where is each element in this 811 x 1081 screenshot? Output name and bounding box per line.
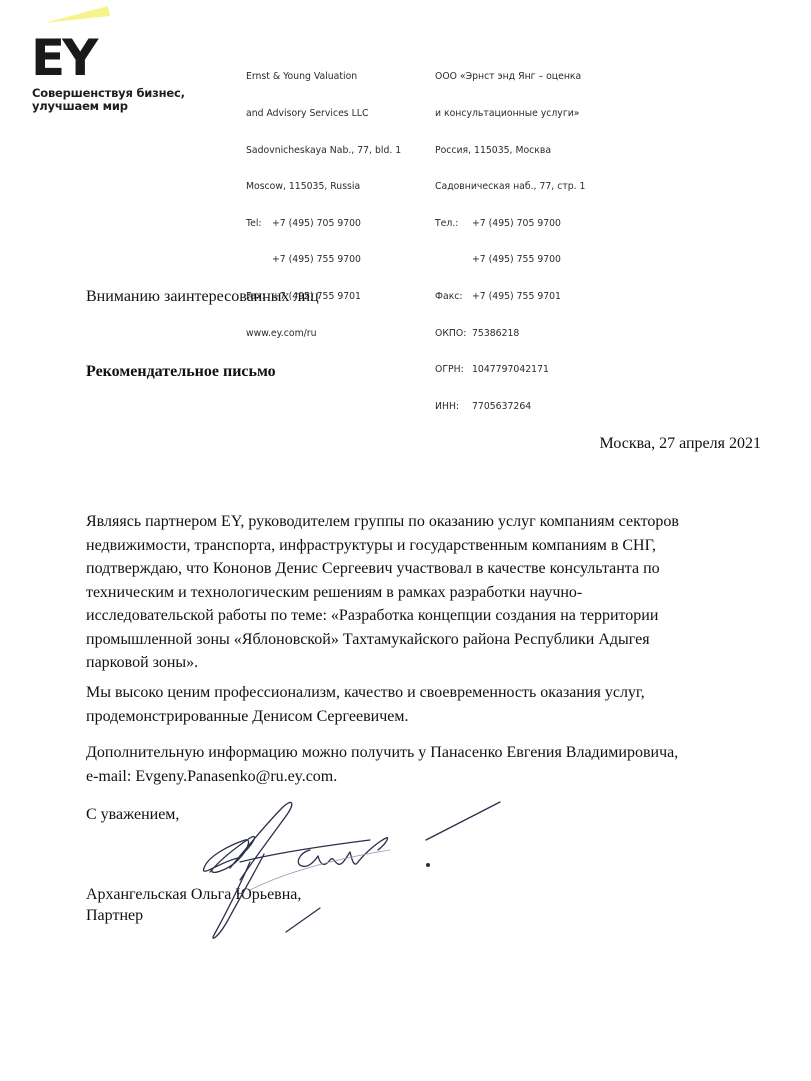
email-line: e-mail: Evgeny.Panasenko@ru.ey.com. <box>86 765 786 789</box>
text-line: исследовательской работы по теме: «Разра… <box>86 604 786 628</box>
phone-row: Тел.:+7 (495) 705 9700 <box>435 218 585 230</box>
text-line: Дополнительную информацию можно получить… <box>86 741 786 765</box>
website: www.ey.com/ru <box>246 328 401 340</box>
text-line: техническим и технологическим решениям в… <box>86 581 786 605</box>
address-line: Ernst & Young Valuation <box>246 71 401 83</box>
fax-row: Факс:+7 (495) 755 9701 <box>435 291 585 303</box>
ogrn-value: 1047797042171 <box>472 364 549 375</box>
phone-number: +7 (495) 755 9700 <box>272 254 361 265</box>
phone-row: Tel:+7 (495) 705 9700 <box>246 218 401 230</box>
tagline: Совершенствуя бизнес, улучшаем мир <box>32 87 185 113</box>
okpo-value: 75386218 <box>472 328 519 339</box>
tagline-line: улучшаем мир <box>32 100 185 113</box>
ey-beam-icon <box>44 4 110 24</box>
okpo-row: ОКПО:75386218 <box>435 328 585 340</box>
inn-value: 7705637264 <box>472 401 531 412</box>
address-line: Садовническая наб., 77, стр. 1 <box>435 181 585 193</box>
phone-row: +7 (495) 755 9700 <box>246 254 401 266</box>
phone-label: Tel: <box>246 218 272 230</box>
ogrn-row: ОГРН:1047797042171 <box>435 364 585 376</box>
paragraph-contact: Дополнительную информацию можно получить… <box>86 741 786 788</box>
document-title: Рекомендательное письмо <box>86 363 276 381</box>
text-line: Являясь партнером EY, руководителем груп… <box>86 510 786 534</box>
fax-label: Факс: <box>435 291 472 303</box>
phone-number: +7 (495) 705 9700 <box>272 218 361 229</box>
paragraph-recommendation: Являясь партнером EY, руководителем груп… <box>86 510 786 675</box>
address-line: and Advisory Services LLC <box>246 108 401 120</box>
text-line: продемонстрированные Денисом Сергеевичем… <box>86 705 786 729</box>
place-and-date: Москва, 27 апреля 2021 <box>600 435 761 453</box>
text-line: недвижимости, транспорта, инфраструктуры… <box>86 534 786 558</box>
phone-number: +7 (495) 705 9700 <box>472 218 561 229</box>
paragraph-appreciation: Мы высоко ценим профессионализм, качеств… <box>86 681 786 728</box>
phone-row: +7 (495) 755 9700 <box>435 254 585 266</box>
ey-logo: EY <box>31 33 95 83</box>
attention-line: Вниманию заинтересованных лиц <box>86 288 319 306</box>
closing-salutation: С уважением, <box>86 806 179 824</box>
phone-label: Тел.: <box>435 218 472 230</box>
address-line: ООО «Эрнст энд Янг – оценка <box>435 71 585 83</box>
okpo-label: ОКПО: <box>435 328 472 340</box>
fax-number: +7 (495) 755 9701 <box>472 291 561 302</box>
phone-number: +7 (495) 755 9700 <box>472 254 561 265</box>
address-russian: ООО «Эрнст энд Янг – оценка и консультац… <box>435 47 585 425</box>
text-line: подтверждаю, что Кононов Денис Сергеевич… <box>86 557 786 581</box>
handwritten-signature-icon <box>190 790 510 940</box>
address-english: Ernst & Young Valuation and Advisory Ser… <box>246 47 401 352</box>
address-line: Sadovnicheskaya Nab., 77, bld. 1 <box>246 145 401 157</box>
inn-label: ИНН: <box>435 401 472 413</box>
text-line: Мы высоко ценим профессионализм, качеств… <box>86 681 786 705</box>
text-line: промышленной зоны «Яблоновской» Тахтамук… <box>86 628 786 652</box>
inn-row: ИНН:7705637264 <box>435 401 585 413</box>
ogrn-label: ОГРН: <box>435 364 472 376</box>
text-line: парковой зоны». <box>86 651 786 675</box>
address-line: Moscow, 115035, Russia <box>246 181 401 193</box>
address-line: и консультационные услуги» <box>435 108 585 120</box>
address-line: Россия, 115035, Москва <box>435 145 585 157</box>
